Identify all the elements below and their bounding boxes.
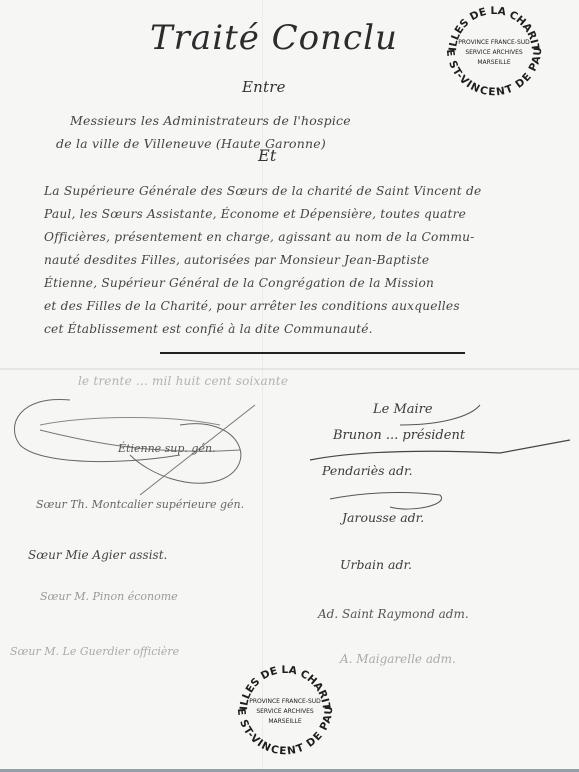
date-line: le trente ... mil huit cent soixante — [78, 374, 288, 388]
party-two-line-2: Paul, les Sœurs Assistante, Économe et D… — [44, 207, 466, 221]
paper-fold-horizontal — [0, 368, 579, 370]
party-two-line-6: et des Filles de la Charité, pour arrête… — [44, 299, 460, 313]
signature-le-guerdier: Sœur M. Le Guerdier officière — [10, 645, 179, 658]
signature-jarousse: Jarousse adr. — [342, 510, 424, 525]
document-page: Traité Conclu Entre Messieurs les Admini… — [0, 0, 579, 769]
document-title: Traité Conclu — [150, 18, 398, 58]
signature-saint-raymond: Ad. Saint Raymond adm. — [318, 607, 469, 621]
signature-pendaries: Pendariès adr. — [322, 463, 413, 478]
signature-flourish-right — [300, 395, 579, 515]
signature-urbain: Urbain adr. — [340, 557, 412, 572]
stamp-line-1: PROVINCE FRANCE-SUD — [458, 39, 530, 46]
party-two-line-3: Officières, présentement en charge, agis… — [44, 230, 474, 244]
signature-montcalier: Sœur Th. Montcalier supérieure gén. — [36, 498, 244, 511]
stamp-line-2: SERVICE ARCHIVES — [465, 49, 523, 56]
stamp-line-3: MARSEILLE — [268, 718, 302, 725]
archive-stamp-top: FILLES DE LA CHARITE DE ST-VINCENT DE PA… — [442, 0, 546, 102]
party-two-line-4: nauté desdites Filles, autorisées par Mo… — [44, 253, 429, 267]
party-two-line-7: cet Établissement est confié à la dite C… — [44, 322, 373, 336]
archive-stamp-bottom: FILLES DE LA CHARITE DE ST-VINCENT DE PA… — [233, 657, 337, 761]
party-two-line-1: La Supérieure Générale des Sœurs de la c… — [44, 184, 481, 198]
signature-agier: Sœur Mie Agier assist. — [28, 548, 167, 562]
stamp-line-2: SERVICE ARCHIVES — [256, 708, 314, 715]
signature-brunon-president: Brunon ... président — [333, 428, 465, 443]
party-one-line-1: Messieurs les Administrateurs de l'hospi… — [70, 113, 351, 128]
document-subtitle: Entre — [242, 78, 286, 96]
stamp-line-3: MARSEILLE — [477, 59, 511, 66]
conjunction-et: Et — [258, 146, 277, 165]
stamp-line-1: PROVINCE FRANCE-SUD — [249, 698, 321, 705]
signature-pinon: Sœur M. Pinon économe — [40, 590, 178, 603]
separator-rule — [160, 352, 465, 354]
party-two-line-5: Étienne, Supérieur Général de la Congrég… — [44, 276, 434, 290]
party-one-line-2: de la ville de Villeneuve (Haute Garonne… — [56, 136, 326, 151]
signature-etienne: Étienne sup. gén. — [118, 442, 216, 455]
signature-maigarelle: A. Maigarelle adm. — [340, 652, 456, 666]
signature-le-maire: Le Maire — [373, 402, 433, 417]
